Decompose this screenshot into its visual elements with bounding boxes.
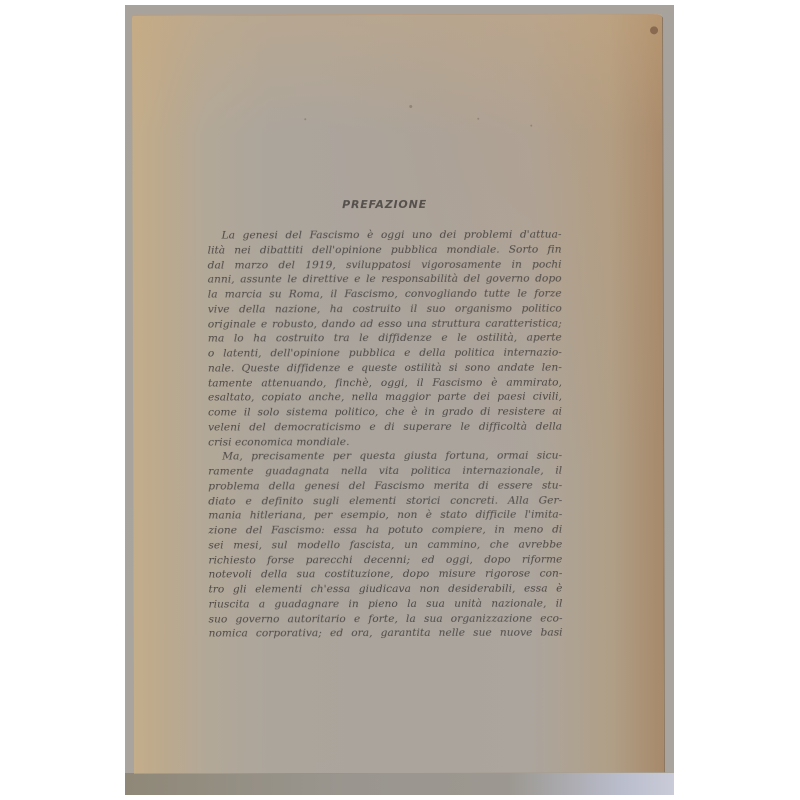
- text-line: dal marzo del 1919, sviluppatosi vigoros…: [208, 257, 562, 273]
- page-stain: [132, 14, 662, 135]
- text-line: zione del Fascismo: essa ha potuto compi…: [208, 523, 562, 539]
- text-line: Ma, precisamente per questa giusta fortu…: [208, 449, 562, 465]
- text-line: ramente guadagnata nella vita politica i…: [208, 464, 562, 480]
- text-line: ma lo ha costruito tra le diffidenze e l…: [208, 331, 562, 347]
- text-line: richiesto forse parecchi decenni; ed ogg…: [208, 552, 562, 568]
- text-line: tro gli elementi ch'essa giudicava non d…: [208, 582, 562, 598]
- book-page: PREFAZIONE La genesi del Fascismo è oggi…: [132, 14, 664, 773]
- text-line: esaltato, copiato anche, nella maggior p…: [208, 390, 562, 406]
- text-line: come il solo sistema politico, che è in …: [208, 405, 562, 421]
- preface-text: PREFAZIONE La genesi del Fascismo è oggi…: [207, 198, 562, 642]
- page-speck: [477, 118, 479, 120]
- page-corner-damage: [650, 26, 658, 34]
- text-line: riuscita a guadagnare in pieno la sua un…: [209, 596, 563, 612]
- document-photo: PREFAZIONE La genesi del Fascismo è oggi…: [125, 5, 674, 795]
- text-line: vive della nazione, ha costruito il suo …: [208, 301, 562, 317]
- text-line: nomica corporativa; ed ora, garantita ne…: [209, 626, 563, 642]
- text-line: originale e robusto, dando ad esso una s…: [208, 316, 562, 332]
- page-title: PREFAZIONE: [207, 198, 561, 215]
- text-line: La genesi del Fascismo è oggi uno dei pr…: [208, 228, 562, 244]
- text-line: la marcia su Roma, il Fascismo, convogli…: [208, 287, 562, 303]
- page-speck: [409, 105, 412, 108]
- page-speck: [304, 118, 306, 120]
- page-speck: [530, 125, 532, 127]
- text-line: problema della genesi del Fascismo merit…: [208, 478, 562, 494]
- text-line: anni, assunte le direttive e le responsa…: [208, 272, 562, 288]
- text-line: nale. Queste diffidenze e queste ostilit…: [208, 360, 562, 376]
- text-line: mania hitleriana, per esempio, non è sta…: [208, 508, 562, 524]
- preface-body: La genesi del Fascismo è oggi uno dei pr…: [208, 228, 563, 642]
- text-line: sei mesi, sul modello fascista, un cammi…: [208, 537, 562, 553]
- text-line: suo governo autoritario e forte, la sua …: [209, 611, 563, 627]
- text-line: o latenti, dell'opinione pubblica e dell…: [208, 346, 562, 362]
- text-line: lità nei dibattiti dell'opinione pubblic…: [208, 242, 562, 258]
- text-line: crisi economica mondiale.: [208, 434, 562, 450]
- text-line: tamente attenuando, finchè, oggi, il Fas…: [208, 375, 562, 391]
- table-surface: [125, 773, 674, 795]
- text-line: notevoli della sua costituzione, dopo mi…: [208, 567, 562, 583]
- text-line: veleni del democraticismo e di superare …: [208, 419, 562, 435]
- text-line: diato e definito sugli elementi storici …: [208, 493, 562, 509]
